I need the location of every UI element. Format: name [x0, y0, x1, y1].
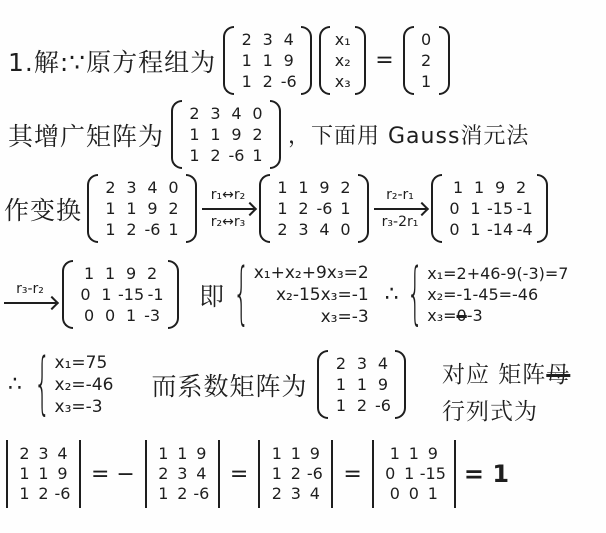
backsub-list: x₁=2+46-9(-3)=7x₂=-1-45=-46 x₃=0-3 — [427, 263, 568, 326]
variable-vector: x₁x₂x₃ — [319, 26, 366, 95]
solution-list: x₁=75x₂=-46x₃=-3 — [55, 352, 114, 418]
line-augmented-matrix: 其增广矩阵为 2340119212-61 ，下面用 Gauss消元法 — [8, 100, 529, 169]
row-op-final-top-label: r₃-r₂ — [16, 282, 44, 297]
line-determinant-chain: 23411912-6 = − 11923412-6 = 11912-6234 =… — [6, 440, 509, 508]
augmented-matrix: 2340119212-61 — [171, 100, 281, 169]
determinant-note: 对应 矩阵母 行列式为 — [442, 356, 570, 426]
handwritten-worksheet: { "symbols": { "brace": "{", "therefore"… — [0, 0, 606, 533]
namely-text: 即 — [199, 277, 225, 313]
coefficient-matrix-repeat: 23411912-6 — [317, 350, 406, 419]
left-brace: { — [231, 256, 252, 334]
determinant-2: 11923412-6 — [145, 440, 220, 508]
solution-system: { x₁=75x₂=-46x₃=-3 — [32, 352, 113, 418]
left-brace: { — [32, 346, 53, 424]
row-op-swap-bottom-label: r₂↔r₃ — [211, 215, 245, 230]
intro-text: 1.解:∵原方程组为 — [8, 43, 216, 79]
right-arrow-icon — [202, 208, 254, 210]
row-op-eliminate: r₂-r₁ r₃-2r₁ — [374, 188, 426, 230]
backsub-system: { x₁=2+46-9(-3)=7x₂=-1-45=-46 x₃=0-3 — [405, 263, 569, 326]
coef-matrix-label: 而系数矩阵为 — [151, 367, 307, 403]
right-arrow-icon — [4, 302, 56, 304]
equals-minus-sign: = − — [89, 462, 137, 487]
equation-list: x₁+x₂+9x₃=2x₂-15x₃=-1x₃=-3 — [254, 262, 369, 328]
therefore-symbol: ∴ — [8, 372, 22, 397]
matrix-step-2: 119201-15-101-14-4 — [431, 174, 548, 243]
matrix-triangular: 119201-15-1001-3 — [62, 260, 179, 329]
therefore-symbol: ∴ — [385, 282, 399, 307]
backsub-x3: x₃=0-3 — [427, 305, 568, 326]
row-op-elim-bottom-label: r₃-2r₁ — [382, 215, 419, 230]
equals-sign: = — [341, 462, 363, 487]
crossed-out-digit: 0 — [457, 306, 467, 325]
line-original-system: 1.解:∵原方程组为 23411912-6 x₁x₂x₃ = 021 — [8, 26, 450, 95]
matrix-step-0: 2340119212-61 — [87, 174, 197, 243]
determinant-1: 23411912-6 — [6, 440, 81, 508]
coefficient-matrix: 23411912-6 — [223, 26, 312, 95]
row-op-swap-top-label: r₁↔r₂ — [211, 188, 245, 203]
row-op-elim-top-label: r₂-r₁ — [386, 188, 414, 203]
matrix-step-1: 119212-612340 — [259, 174, 369, 243]
rhs-vector: 021 — [403, 26, 450, 95]
transform-label: 作变换 — [4, 191, 82, 227]
row-op-swap: r₁↔r₂ r₂↔r₃ — [202, 188, 254, 230]
determinant-4: 11901-15001 — [372, 440, 456, 508]
equals-sign: = — [373, 48, 395, 73]
note-line-1: 对应 矩阵母 — [442, 356, 570, 389]
left-brace: { — [405, 256, 426, 334]
equals-sign: = — [228, 462, 250, 487]
right-arrow-icon — [374, 208, 426, 210]
row-op-final: r₃-r₂ — [4, 282, 56, 308]
equation-system: { x₁+x₂+9x₃=2x₂-15x₃=-1x₃=-3 — [231, 262, 369, 328]
line-row-transformations: 作变换 2340119212-61 r₁↔r₂ r₂↔r₃ 119212-612… — [4, 174, 548, 243]
crossed-out-char: 母 — [546, 362, 570, 388]
line-triangular-system: r₃-r₂ 119201-15-1001-3 即 { x₁+x₂+9x₃=2x₂… — [4, 260, 568, 329]
determinant-3: 11912-6234 — [258, 440, 333, 508]
augmented-label: 其增广矩阵为 — [8, 117, 164, 153]
determinant-result: = 1 — [464, 460, 509, 488]
note-line-2: 行列式为 — [442, 393, 570, 426]
gauss-method-text: ，下面用 Gauss消元法 — [288, 119, 529, 150]
line-final-solution: ∴ { x₁=75x₂=-46x₃=-3 而系数矩阵为 23411912-6 — [8, 350, 406, 419]
